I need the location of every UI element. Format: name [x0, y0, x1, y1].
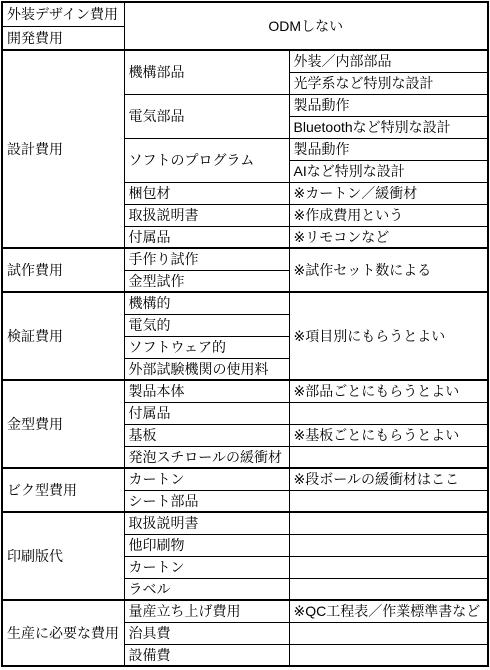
category-cell: 生産に必要な費用	[2, 600, 124, 666]
odm-note-cell: ODMしない	[124, 2, 488, 50]
note-cell: ※QC工程表／作業標準書など	[289, 600, 488, 622]
note-cell: 光学系など特別な設計	[289, 72, 488, 94]
note-cell: ※基板ごとにもらうとよい	[289, 424, 488, 446]
note-cell: ※リモコンなど	[289, 226, 488, 248]
note-cell	[289, 402, 488, 424]
item-cell: ラベル	[124, 578, 289, 600]
item-cell: 外部試験機関の使用料	[124, 358, 289, 380]
note-cell: ※カートン／緩衝材	[289, 182, 488, 204]
category-cell: ビク型費用	[2, 468, 124, 512]
item-cell: 機構的	[124, 292, 289, 314]
item-cell: 電気部品	[124, 94, 289, 138]
note-cell	[289, 644, 488, 666]
table-row: 外装デザイン費用 ODMしない	[2, 2, 488, 26]
note-cell	[289, 622, 488, 644]
item-cell: 設備費	[124, 644, 289, 666]
category-cell: 金型費用	[2, 380, 124, 468]
item-cell: 基板	[124, 424, 289, 446]
item-cell: カートン	[124, 468, 289, 490]
item-cell: 電気的	[124, 314, 289, 336]
item-cell: 付属品	[124, 402, 289, 424]
note-cell	[289, 446, 488, 468]
note-cell: 外装／内部部品	[289, 50, 488, 72]
table-row: 試作費用 手作り試作 ※試作セット数による	[2, 248, 488, 270]
note-cell	[289, 556, 488, 578]
item-cell: 他印刷物	[124, 534, 289, 556]
item-cell: 取扱説明書	[124, 204, 289, 226]
note-cell: ※段ボールの緩衝材はここ	[289, 468, 488, 490]
category-cell: 試作費用	[2, 248, 124, 292]
note-cell: 製品動作	[289, 94, 488, 116]
note-cell: Bluetoothなど特別な設計	[289, 116, 488, 138]
item-cell: 取扱説明書	[124, 512, 289, 534]
note-cell: ※試作セット数による	[289, 248, 488, 292]
cost-structure-table: 外装デザイン費用 ODMしない 開発費用 設計費用 機構部品 外装／内部部品 光…	[1, 1, 489, 667]
table-row: 生産に必要な費用 量産立ち上げ費用 ※QC工程表／作業標準書など	[2, 600, 488, 622]
item-cell: 製品本体	[124, 380, 289, 402]
item-cell: 発泡スチロールの緩衝材	[124, 446, 289, 468]
note-cell	[289, 534, 488, 556]
category-cell: 検証費用	[2, 292, 124, 380]
category-cell: 設計費用	[2, 50, 124, 248]
item-cell: シート部品	[124, 490, 289, 512]
note-cell: AIなど特別な設計	[289, 160, 488, 182]
item-cell: 量産立ち上げ費用	[124, 600, 289, 622]
item-cell: 手作り試作	[124, 248, 289, 270]
category-cell: 外装デザイン費用	[2, 2, 124, 26]
note-cell: ※部品ごとにもらうとよい	[289, 380, 488, 402]
note-cell: ※作成費用という	[289, 204, 488, 226]
table-row: 印刷版代 取扱説明書	[2, 512, 488, 534]
note-cell: 製品動作	[289, 138, 488, 160]
category-cell: 開発費用	[2, 26, 124, 50]
item-cell: 梱包材	[124, 182, 289, 204]
table-row: 設計費用 機構部品 外装／内部部品	[2, 50, 488, 72]
category-cell: 印刷版代	[2, 512, 124, 600]
table-row: 金型費用 製品本体 ※部品ごとにもらうとよい	[2, 380, 488, 402]
item-cell: 機構部品	[124, 50, 289, 94]
note-cell	[289, 490, 488, 512]
note-cell	[289, 512, 488, 534]
note-cell	[289, 578, 488, 600]
item-cell: 付属品	[124, 226, 289, 248]
item-cell: 治具費	[124, 622, 289, 644]
note-cell: ※項目別にもらうとよい	[289, 292, 488, 380]
item-cell: ソフトのプログラム	[124, 138, 289, 182]
item-cell: カートン	[124, 556, 289, 578]
table-row: 検証費用 機構的 ※項目別にもらうとよい	[2, 292, 488, 314]
item-cell: 金型試作	[124, 270, 289, 292]
item-cell: ソフトウェア的	[124, 336, 289, 358]
table-row: ビク型費用 カートン ※段ボールの緩衝材はここ	[2, 468, 488, 490]
